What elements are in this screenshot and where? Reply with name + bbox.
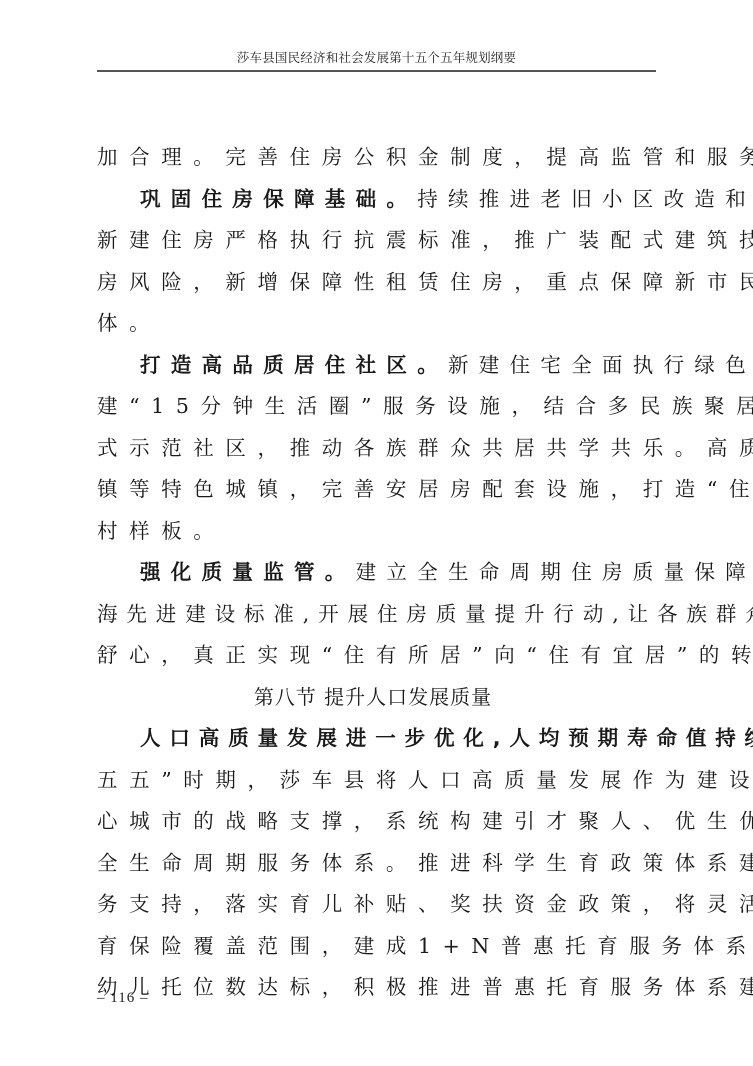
paragraph-line: 房风险，新增保障性租赁住房，重点保障新市民、引进人才等群 [97, 262, 659, 304]
paragraph-line: 心城市的战略支撑，系统构建引才聚人、优生优育、老有所养的 [97, 801, 659, 843]
page-number: – 116 – [97, 990, 148, 1007]
paragraph-line: 镇等特色城镇，完善安居房配套设施，打造“住好房”的和美乡 [97, 469, 659, 511]
paragraph-line: 巩固住房保障基础。持续推进老旧小区改造和抗震安居工程， [97, 179, 659, 221]
paragraph-lead-heading: 巩固住房保障基础。 [140, 187, 417, 211]
paragraph-line: 村样板。 [97, 511, 659, 553]
paragraph-text: 新建住宅全面执行绿色建筑标准，配 [448, 353, 753, 377]
paragraph-text: 持续推进老旧小区改造和抗震安居工程， [417, 187, 753, 211]
paragraph-line: 人口高质量发展进一步优化,人均预期寿命值持续提高。“十 [97, 718, 659, 760]
paragraph-line: 海先进建设标准,开展住房质量提升行动,让各族群众住得安心、 [97, 594, 659, 636]
running-header: 莎车县国民经济和社会发展第十五个五年规划纲要 [97, 48, 656, 66]
paragraph-line: 五五”时期，莎车县将人口高质量发展作为建设喀什现代化副中 [97, 760, 659, 802]
paragraph-line: 强化质量监管。建立全生命周期住房质量保障体系，引入上 [97, 552, 659, 594]
paragraph-text: 建立全生命周期住房质量保障体系，引入上 [356, 560, 753, 584]
paragraph-line: 打造高品质居住社区。新建住宅全面执行绿色建筑标准，配 [97, 345, 659, 387]
paragraph-line: 育保险覆盖范围，建成1+N普惠托育服务体系，确保每千名婴 [97, 926, 659, 968]
paragraph-line: 幼儿托位数达标，积极推进普惠托育服务体系建设，引导市场、 [97, 967, 659, 1009]
paragraph-lead-heading: 强化质量监管。 [140, 560, 356, 584]
paragraph-line: 体。 [97, 303, 659, 345]
paragraph-line: 务支持，落实育儿补贴、奖扶资金政策，将灵活就业人员纳入生 [97, 884, 659, 926]
paragraph-lead-heading: 打造高品质居住社区。 [140, 353, 448, 377]
paragraph-lead-heading: 人口高质量发展进一步优化,人均预期寿命值持续提高。 [140, 726, 753, 750]
paragraph-line: 式示范社区，推动各族群众共居共学共乐。高质量建设巴旦木小 [97, 428, 659, 470]
header-divider [97, 70, 656, 72]
document-body: 加合理。完善住房公积金制度，提高监管和服务水平。 巩固住房保障基础。持续推进老旧… [97, 137, 659, 1009]
paragraph-line: 全生命周期服务体系。推进科学生育政策体系建设，强化政策服 [97, 843, 659, 885]
paragraph-line: 新建住房严格执行抗震标准，推广装配式建筑技术，全面消除危 [97, 220, 659, 262]
section-title: 第八节 提升人口发展质量 [97, 677, 659, 719]
paragraph-line: 建“15分钟生活圈”服务设施，结合多民族聚居特点建设互嵌 [97, 386, 659, 428]
paragraph-line: 加合理。完善住房公积金制度，提高监管和服务水平。 [97, 137, 659, 179]
paragraph-line: 舒心，真正实现“住有所居”向“住有宜居”的转变。 [97, 635, 659, 677]
